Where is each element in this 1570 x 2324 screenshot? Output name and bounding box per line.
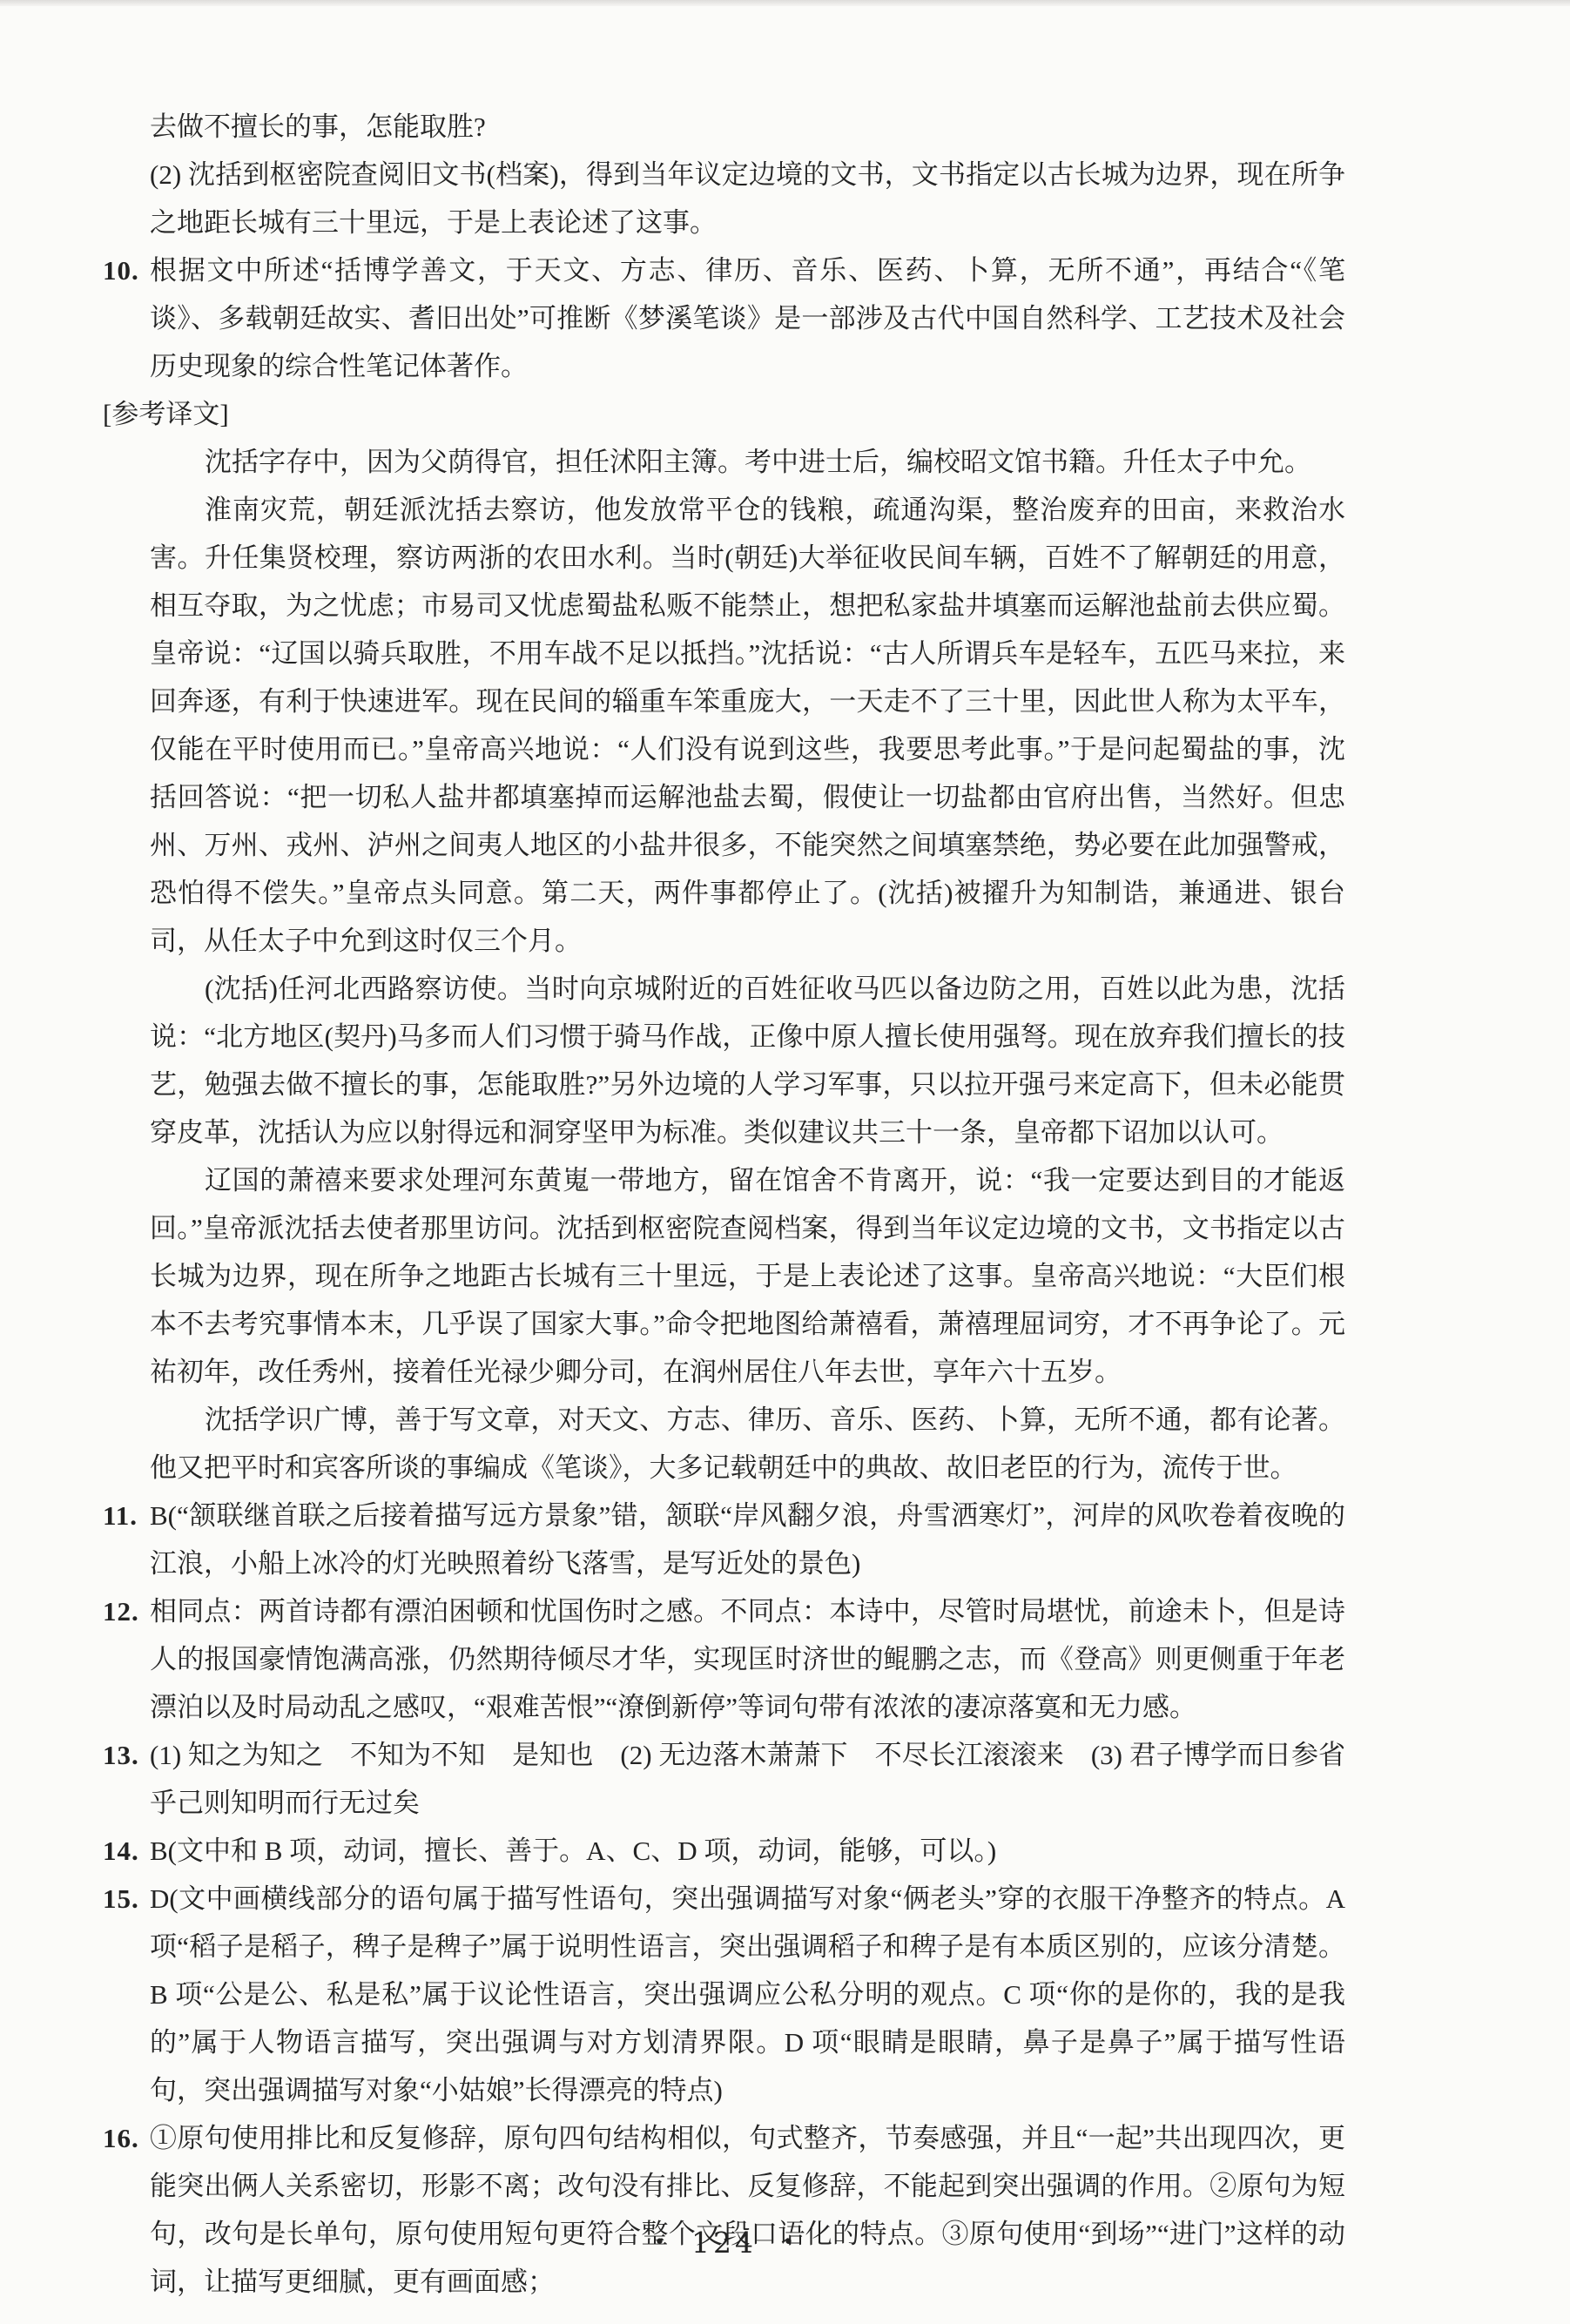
text-line-paragraph: ①原句使用排比和反复修辞，原句四句结构相似，句式整齐，节奏感强，并且“一起”共出… [150,2114,1345,2306]
text-line-paragraph: 去做不擅长的事，怎能取胜? [150,103,1345,151]
text-line-paragraph: 根据文中所述“括博学善文，于天文、方志、律历、音乐、医药、卜算，无所不通”，再结… [150,246,1345,390]
text-line-paragraph: 淮南灾荒，朝廷派沈括去察访，他发放常平仓的钱粮，疏通沟渠，整治废弃的田亩，来救治… [150,486,1345,965]
answer-item-text: 相同点：两首诗都有漂泊困顿和忧国伤时之感。不同点：本诗中，尽管时局堪忧，前途未卜… [150,1587,1345,1731]
answer-item-number: 15. [103,1875,139,1923]
answer-item: 16. ①原句使用排比和反复修辞，原句四句结构相似，句式整齐，节奏感强，并且“一… [103,2114,1345,2306]
text-line-paragraph: (1) 知之为知之 不知为不知 是知也 (2) 无边落木萧萧下 不尽长江滚滚来 … [150,1731,1345,1827]
text-line-paragraph: B(文中和 B 项，动词，擅长、善于。A、C、D 项，动词，能够，可以。) [150,1827,1345,1875]
answer-item: 12. 相同点：两首诗都有漂泊困顿和忧国伤时之感。不同点：本诗中，尽管时局堪忧，… [103,1587,1345,1731]
text-line-paragraph: (2) 沈括到枢密院查阅旧文书(档案)，得到当年议定边境的文书，文书指定以古长城… [150,151,1345,246]
text-line-paragraph: 相同点：两首诗都有漂泊困顿和忧国伤时之感。不同点：本诗中，尽管时局堪忧，前途未卜… [150,1587,1345,1731]
text-line-paragraph: B(“颔联继首联之后接着描写远方景象”错，颔联“岸风翻夕浪，舟雪洒寒灯”，河岸的… [150,1492,1345,1587]
answer-item-text: B(文中和 B 项，动词，擅长、善于。A、C、D 项，动词，能够，可以。) [150,1827,1345,1875]
text-line-paragraph: 辽国的萧禧来要求处理河东黄嵬一带地方，留在馆舍不肯离开，说：“我一定要达到目的才… [150,1156,1345,1396]
answer-item: 15. D(文中画横线部分的语句属于描写性语句，突出强调描写对象“俩老头”穿的衣… [103,1875,1345,2114]
answer-item-text: ①原句使用排比和反复修辞，原句四句结构相似，句式整齐，节奏感强，并且“一起”共出… [150,2114,1345,2306]
answer-item-text: D(文中画横线部分的语句属于描写性语句，突出强调描写对象“俩老头”穿的衣服干净整… [150,1875,1345,2114]
reference-translation-text: 沈括字存中，因为父荫得官，担任沭阳主簿。考中进士后，编校昭文馆书籍。升任太子中允… [150,438,1345,1492]
answer-item-number: 14. [103,1827,139,1875]
scanned-answer-page: 去做不擅长的事，怎能取胜?(2) 沈括到枢密院查阅旧文书(档案)，得到当年议定边… [0,0,1570,2324]
section-header: [参考译文] [103,390,1345,438]
page-footer: • 124 • [103,2226,1345,2260]
answer-blocks: 去做不擅长的事，怎能取胜?(2) 沈括到枢密院查阅旧文书(档案)，得到当年议定边… [103,103,1345,2306]
answer-item-number: 13. [103,1731,139,1779]
section-header-text: [参考译文] [103,390,1345,438]
answer-item: 14. B(文中和 B 项，动词，擅长、善于。A、C、D 项，动词，能够，可以。… [103,1827,1345,1875]
answer-item-number: 10. [103,246,139,294]
page-number: 124 [691,2226,757,2260]
text-line-paragraph: (沈括)任河北西路察访使。当时向京城附近的百姓征收马匹以备边防之用，百姓以此为患… [150,965,1345,1156]
answer-continuation: 去做不擅长的事，怎能取胜?(2) 沈括到枢密院查阅旧文书(档案)，得到当年议定边… [103,103,1345,246]
answer-item-number: 12. [103,1587,139,1635]
answer-item: 10. 根据文中所述“括博学善文，于天文、方志、律历、音乐、医药、卜算，无所不通… [103,246,1345,390]
reference-translation: 沈括字存中，因为父荫得官，担任沭阳主簿。考中进士后，编校昭文馆书籍。升任太子中允… [103,438,1345,1492]
answer-item-text: (1) 知之为知之 不知为不知 是知也 (2) 无边落木萧萧下 不尽长江滚滚来 … [150,1731,1345,1827]
scan-edge-shadow [0,0,1570,6]
answer-continuation-text: 去做不擅长的事，怎能取胜?(2) 沈括到枢密院查阅旧文书(档案)，得到当年议定边… [150,103,1345,246]
footer-left-dot: • [654,2226,665,2260]
answer-item: 13. (1) 知之为知之 不知为不知 是知也 (2) 无边落木萧萧下 不尽长江… [103,1731,1345,1827]
answer-sheet: 去做不擅长的事，怎能取胜?(2) 沈括到枢密院查阅旧文书(档案)，得到当年议定边… [103,103,1345,2306]
footer-right-dot: • [783,2226,794,2260]
answer-item-text: B(“颔联继首联之后接着描写远方景象”错，颔联“岸风翻夕浪，舟雪洒寒灯”，河岸的… [150,1492,1345,1587]
answer-item-number: 11. [103,1492,138,1539]
text-line-paragraph: 沈括学识广博，善于写文章，对天文、方志、律历、音乐、医药、卜算，无所不通，都有论… [150,1396,1345,1492]
answer-item-text: 根据文中所述“括博学善文，于天文、方志、律历、音乐、医药、卜算，无所不通”，再结… [150,246,1345,390]
answer-item-number: 16. [103,2114,139,2162]
text-line-paragraph: 沈括字存中，因为父荫得官，担任沭阳主簿。考中进士后，编校昭文馆书籍。升任太子中允… [150,438,1345,486]
text-line-paragraph: D(文中画横线部分的语句属于描写性语句，突出强调描写对象“俩老头”穿的衣服干净整… [150,1875,1345,2114]
answer-item: 11. B(“颔联继首联之后接着描写远方景象”错，颔联“岸风翻夕浪，舟雪洒寒灯”… [103,1492,1345,1587]
